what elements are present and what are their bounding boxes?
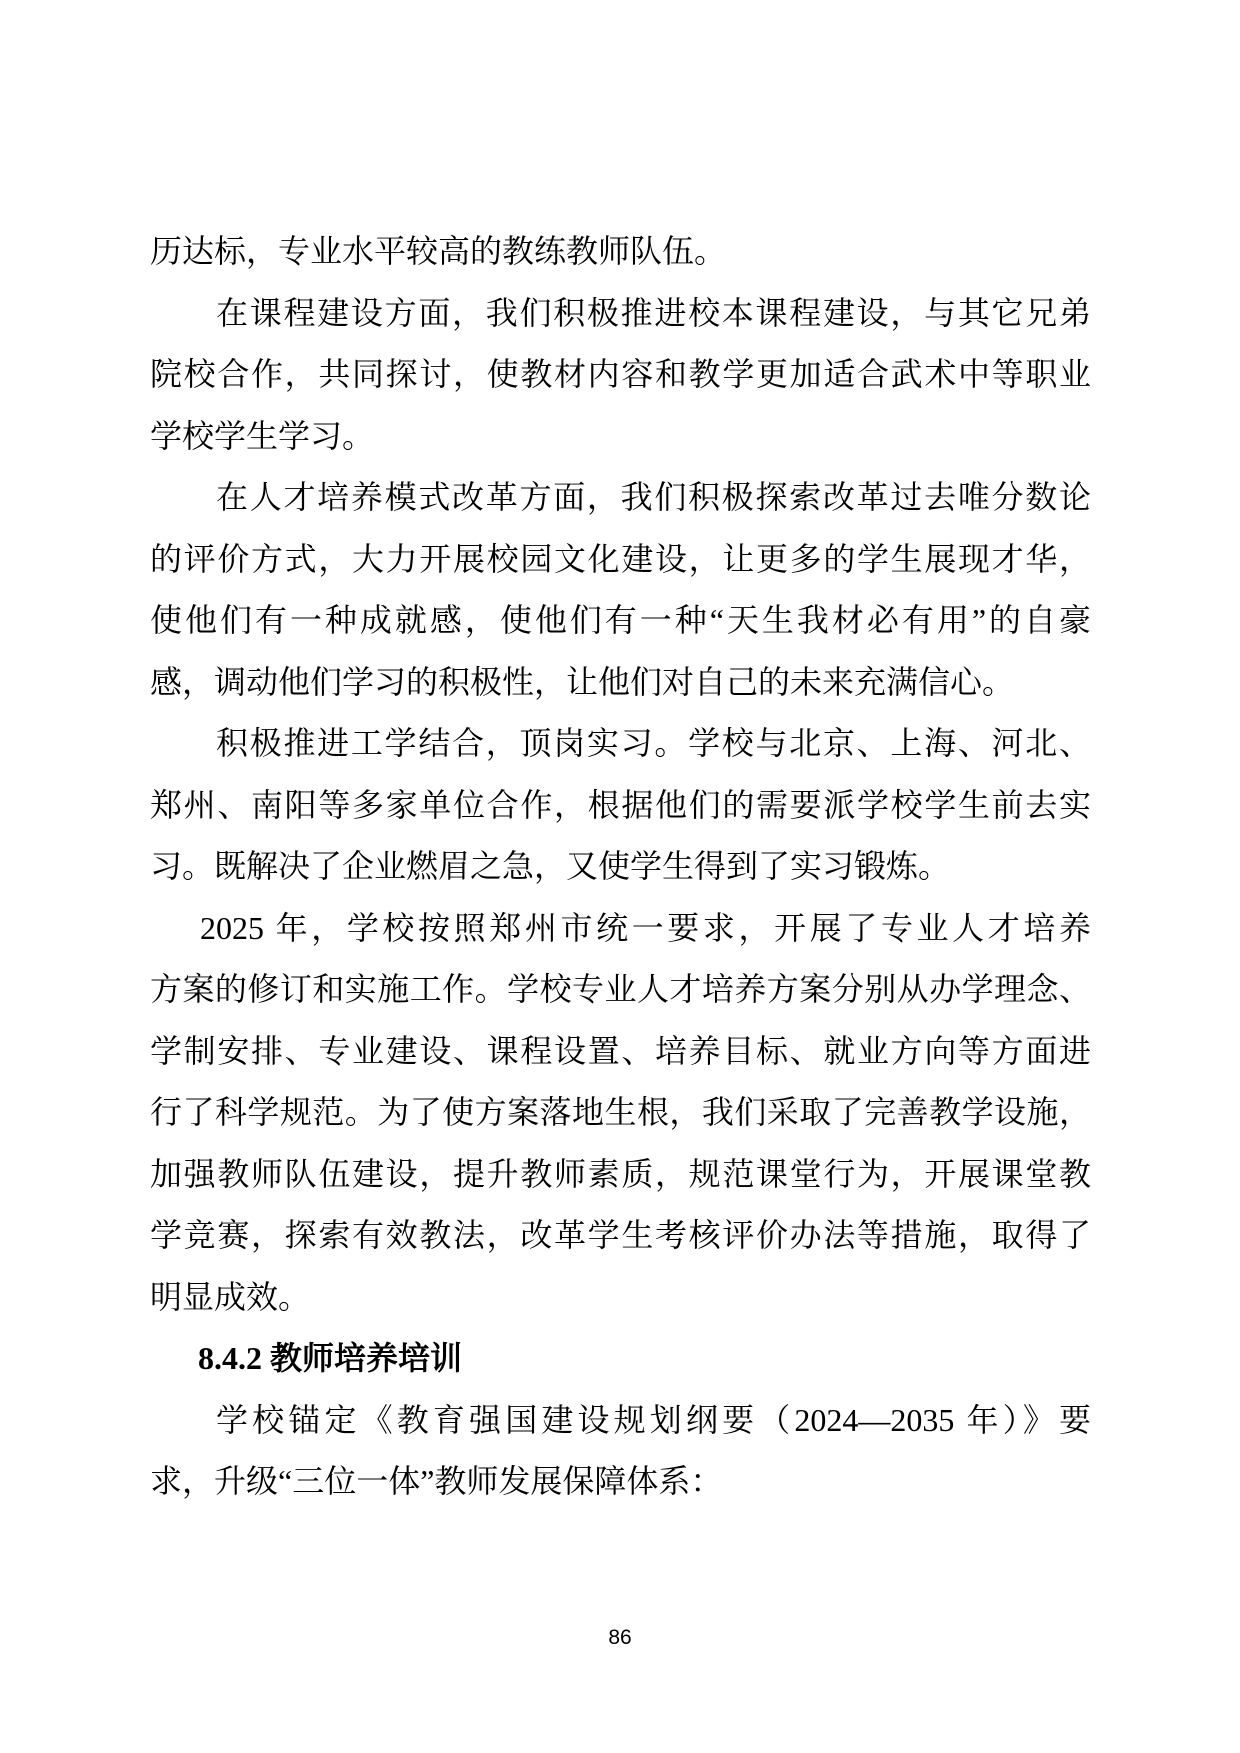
body-line: 的评价方式，大力开展校园文化建设，让更多的学生展现才华，	[150, 529, 1091, 591]
body-line: 学制安排、专业建设、课程设置、培养目标、就业方向等方面进	[150, 1021, 1091, 1083]
body-line: 2025 年，学校按照郑州市统一要求，开展了专业人才培养	[150, 898, 1091, 960]
body-line: 院校合作，共同探讨，使教材内容和教学更加适合武术中等职业	[150, 344, 1091, 406]
document-page: 历达标，专业水平较高的教练教师队伍。 在课程建设方面，我们积极推进校本课程建设，…	[0, 0, 1240, 1753]
body-line: 学校学生学习。	[150, 406, 1091, 468]
section-heading: 8.4.2 教师培养培训	[150, 1328, 1091, 1390]
body-line: 感，调动他们学习的积极性，让他们对自己的未来充满信心。	[150, 652, 1091, 714]
body-line: 郑州、南阳等多家单位合作，根据他们的需要派学校学生前去实	[150, 775, 1091, 837]
body-line: 积极推进工学结合，顶岗实习。学校与北京、上海、河北、	[150, 713, 1091, 775]
body-line: 行了科学规范。为了使方案落地生根，我们采取了完善教学设施，	[150, 1082, 1091, 1144]
body-line: 在课程建设方面，我们积极推进校本课程建设，与其它兄弟	[150, 283, 1091, 345]
body-line: 在人才培养模式改革方面，我们积极探索改革过去唯分数论	[150, 467, 1091, 529]
body-line: 明显成效。	[150, 1267, 1091, 1329]
document-body: 历达标，专业水平较高的教练教师队伍。 在课程建设方面，我们积极推进校本课程建设，…	[150, 221, 1091, 1513]
body-line: 使他们有一种成就感，使他们有一种“天生我材必有用”的自豪	[150, 590, 1091, 652]
body-line: 学校锚定《教育强国建设规划纲要（2024—2035 年）》要	[150, 1390, 1091, 1452]
body-line: 求，升级“三位一体”教师发展保障体系：	[150, 1451, 1091, 1513]
body-line: 习。既解决了企业燃眉之急，又使学生得到了实习锻炼。	[150, 836, 1091, 898]
page-number: 86	[0, 1626, 1240, 1650]
body-line: 加强教师队伍建设，提升教师素质，规范课堂行为，开展课堂教	[150, 1144, 1091, 1206]
body-line: 学竞赛，探索有效教法，改革学生考核评价办法等措施，取得了	[150, 1205, 1091, 1267]
body-line: 历达标，专业水平较高的教练教师队伍。	[150, 221, 1091, 283]
body-line: 方案的修订和实施工作。学校专业人才培养方案分别从办学理念、	[150, 959, 1091, 1021]
